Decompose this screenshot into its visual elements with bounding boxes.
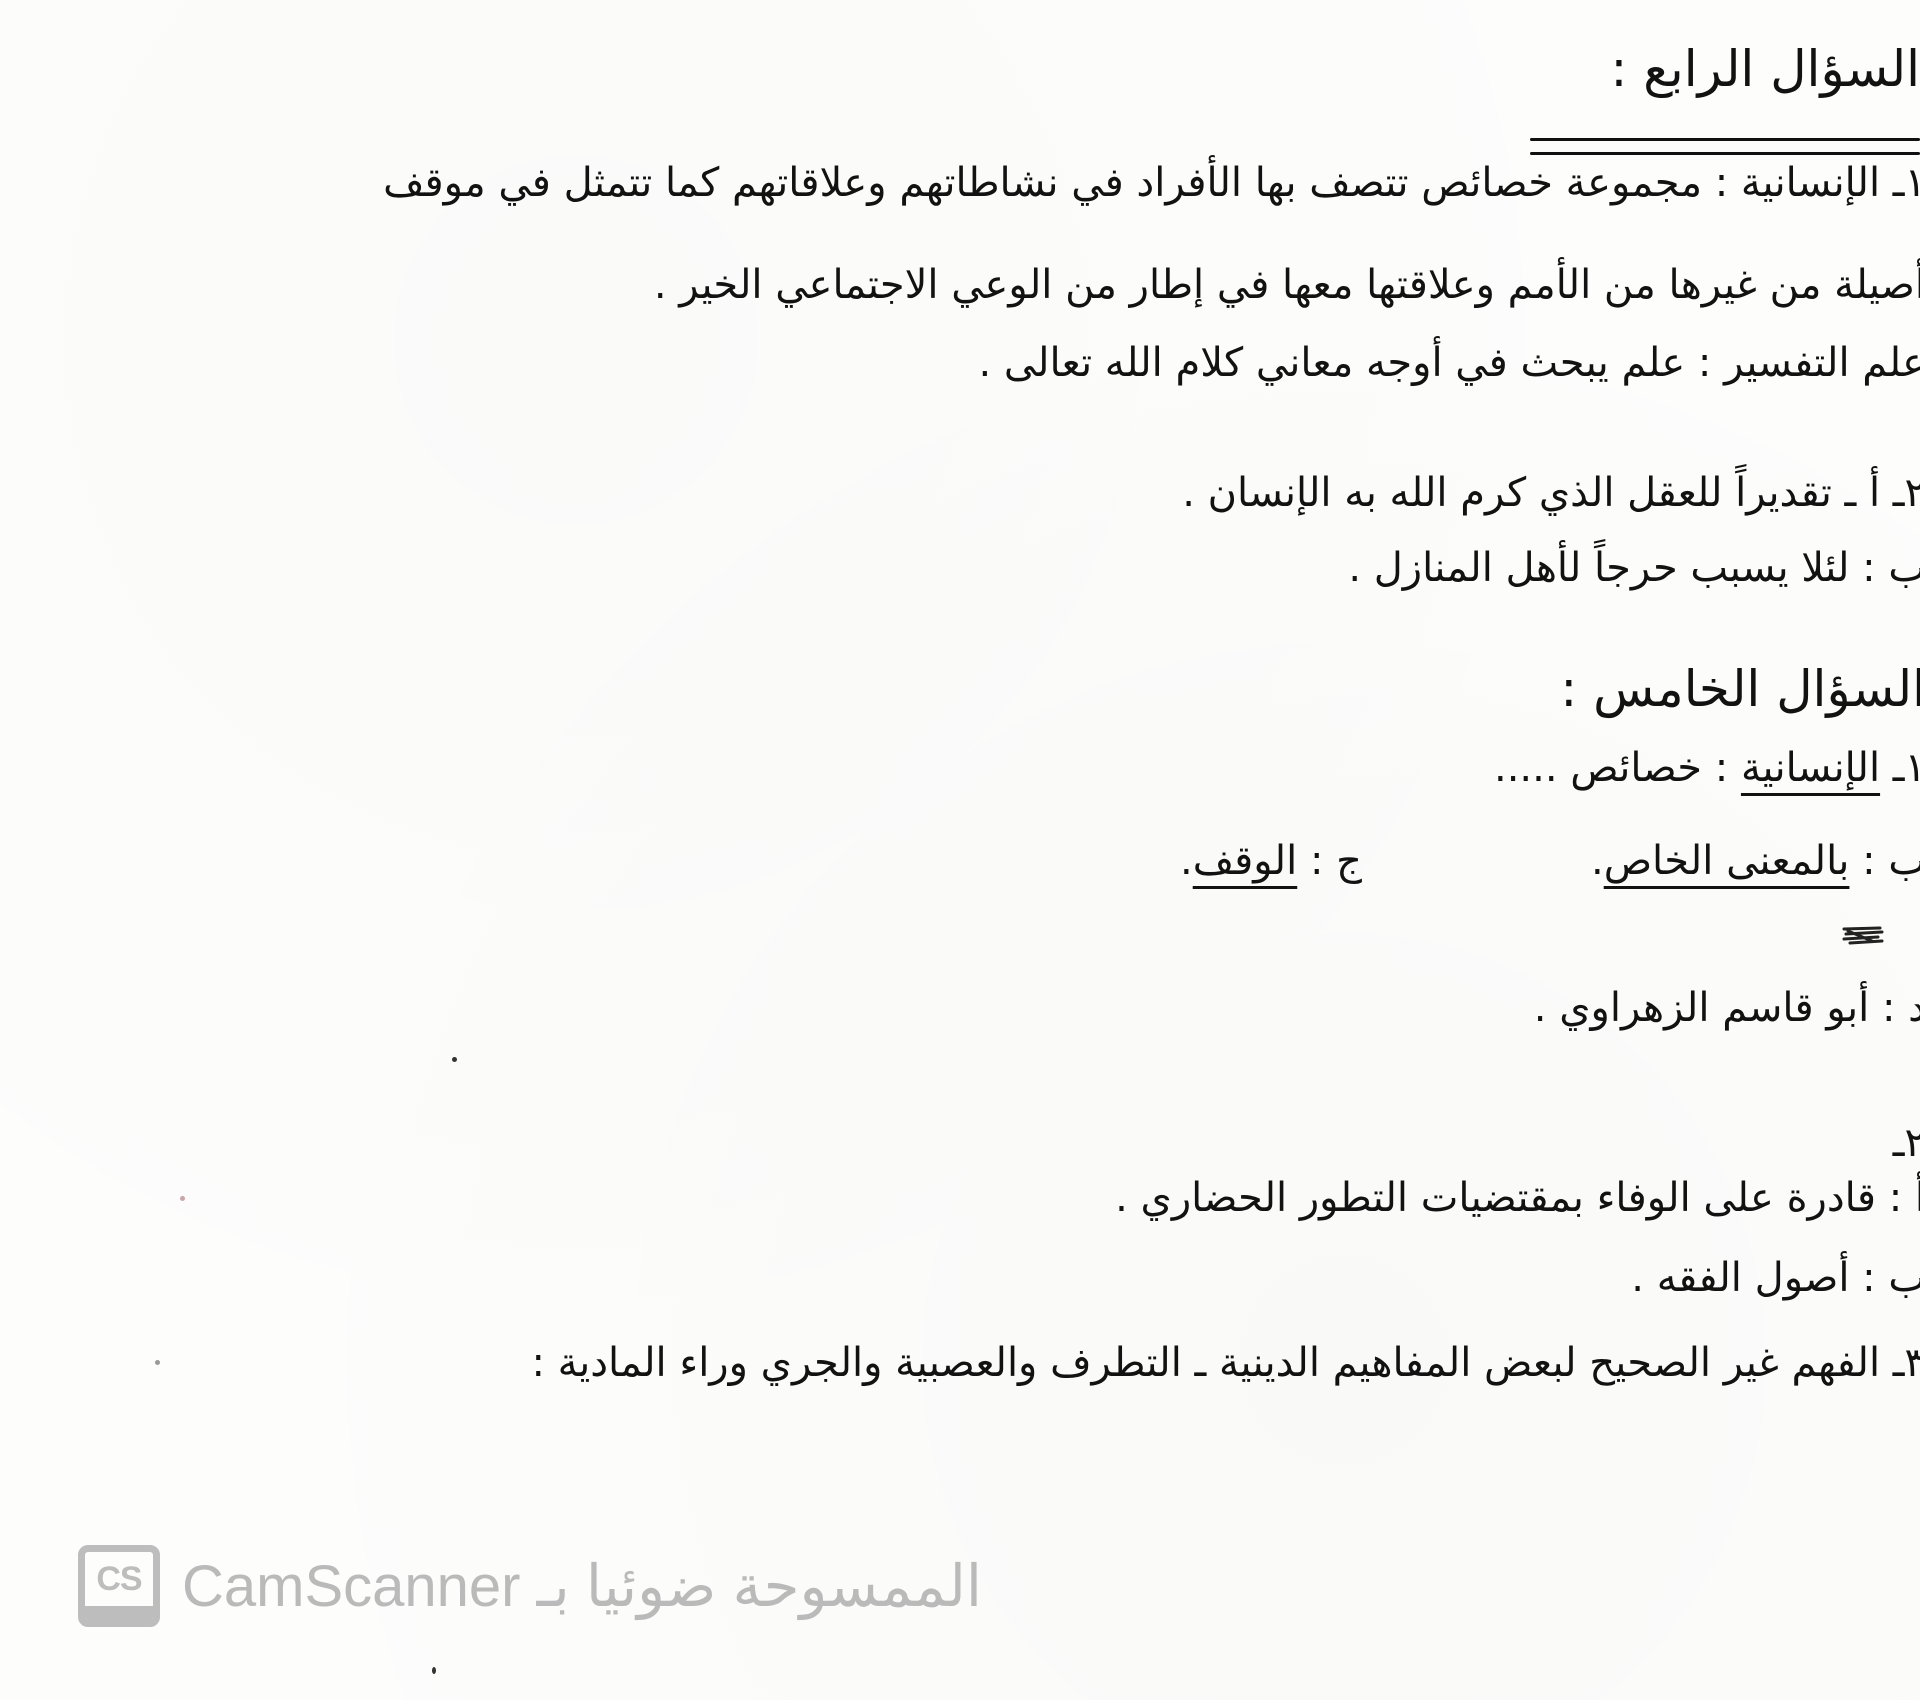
q5-item-b-answer: بالمعنى الخاص [1604, 838, 1850, 884]
heading-underline-1 [1530, 138, 1920, 141]
q5-item-1-term: الإنسانية [1741, 745, 1880, 791]
q5-item-1-rest: : خصائص ..... [1494, 745, 1728, 791]
q5-item-1-label: ١ـ [1893, 745, 1920, 791]
q5-item-b: ب : بالمعنى الخاص. [1591, 838, 1920, 884]
camscanner-logo-text: CS [85, 1552, 153, 1606]
camscanner-watermark: CS الممسوحة ضوئيا بـ CamScanner [78, 1545, 982, 1627]
question-4-heading: السؤال الرابع : [1610, 40, 1920, 98]
stray-mark [452, 1057, 457, 1062]
q4-item-2b: ب : لئلا يسبب حرجاً لأهل المنازل . [1348, 545, 1920, 591]
q4-item-2a: ٢ـ أ ـ تقديراً للعقل الذي كرم الله به ال… [1182, 470, 1920, 516]
q5-item-c: ج : الوقف. [1180, 838, 1362, 884]
q4-line-1: ١ـ الإنسانية : مجموعة خصائص تتصف بها الأ… [383, 160, 1920, 206]
stray-mark [180, 1196, 185, 1201]
camscanner-logo-icon: CS [78, 1545, 160, 1627]
q5-item-d: د : أبو قاسم الزهراوي . [1534, 985, 1920, 1031]
heading-underline-2 [1530, 152, 1920, 155]
q5-item-c-answer: الوقف [1193, 838, 1298, 884]
q4-line-3: علم التفسير : علم يبحث في أوجه معاني كلا… [979, 340, 1920, 386]
watermark-text: الممسوحة ضوئيا بـ CamScanner [182, 1552, 982, 1620]
crossed-out-scribble-icon [1842, 925, 1884, 947]
scanned-page: السؤال الرابع : ١ـ الإنسانية : مجموعة خص… [0, 0, 1920, 1700]
question-5-heading: السؤال الخامس : [1560, 660, 1920, 718]
q4-line-2: أصيلة من غيرها من الأمم وعلاقتها معها في… [654, 262, 1920, 308]
q5-item-2b: ب : أصول الفقه . [1631, 1255, 1920, 1301]
q5-item-2-label: ٢ـ [1893, 1120, 1920, 1166]
stray-mark [432, 1667, 436, 1674]
q5-item-2a: أ : قادرة على الوفاء بمقتضيات التطور الح… [1115, 1175, 1920, 1221]
stray-mark [155, 1360, 160, 1365]
q5-item-3: ٣ـ الفهم غير الصحيح لبعض المفاهيم الديني… [531, 1340, 1920, 1386]
q5-item-c-end: . [1180, 838, 1193, 884]
q5-item-b-label: ب : [1862, 838, 1920, 884]
q5-item-c-label: ج : [1310, 838, 1362, 884]
q5-item-1: ١ـ الإنسانية : خصائص ..... [1494, 745, 1920, 791]
q5-item-b-end: . [1591, 838, 1604, 884]
